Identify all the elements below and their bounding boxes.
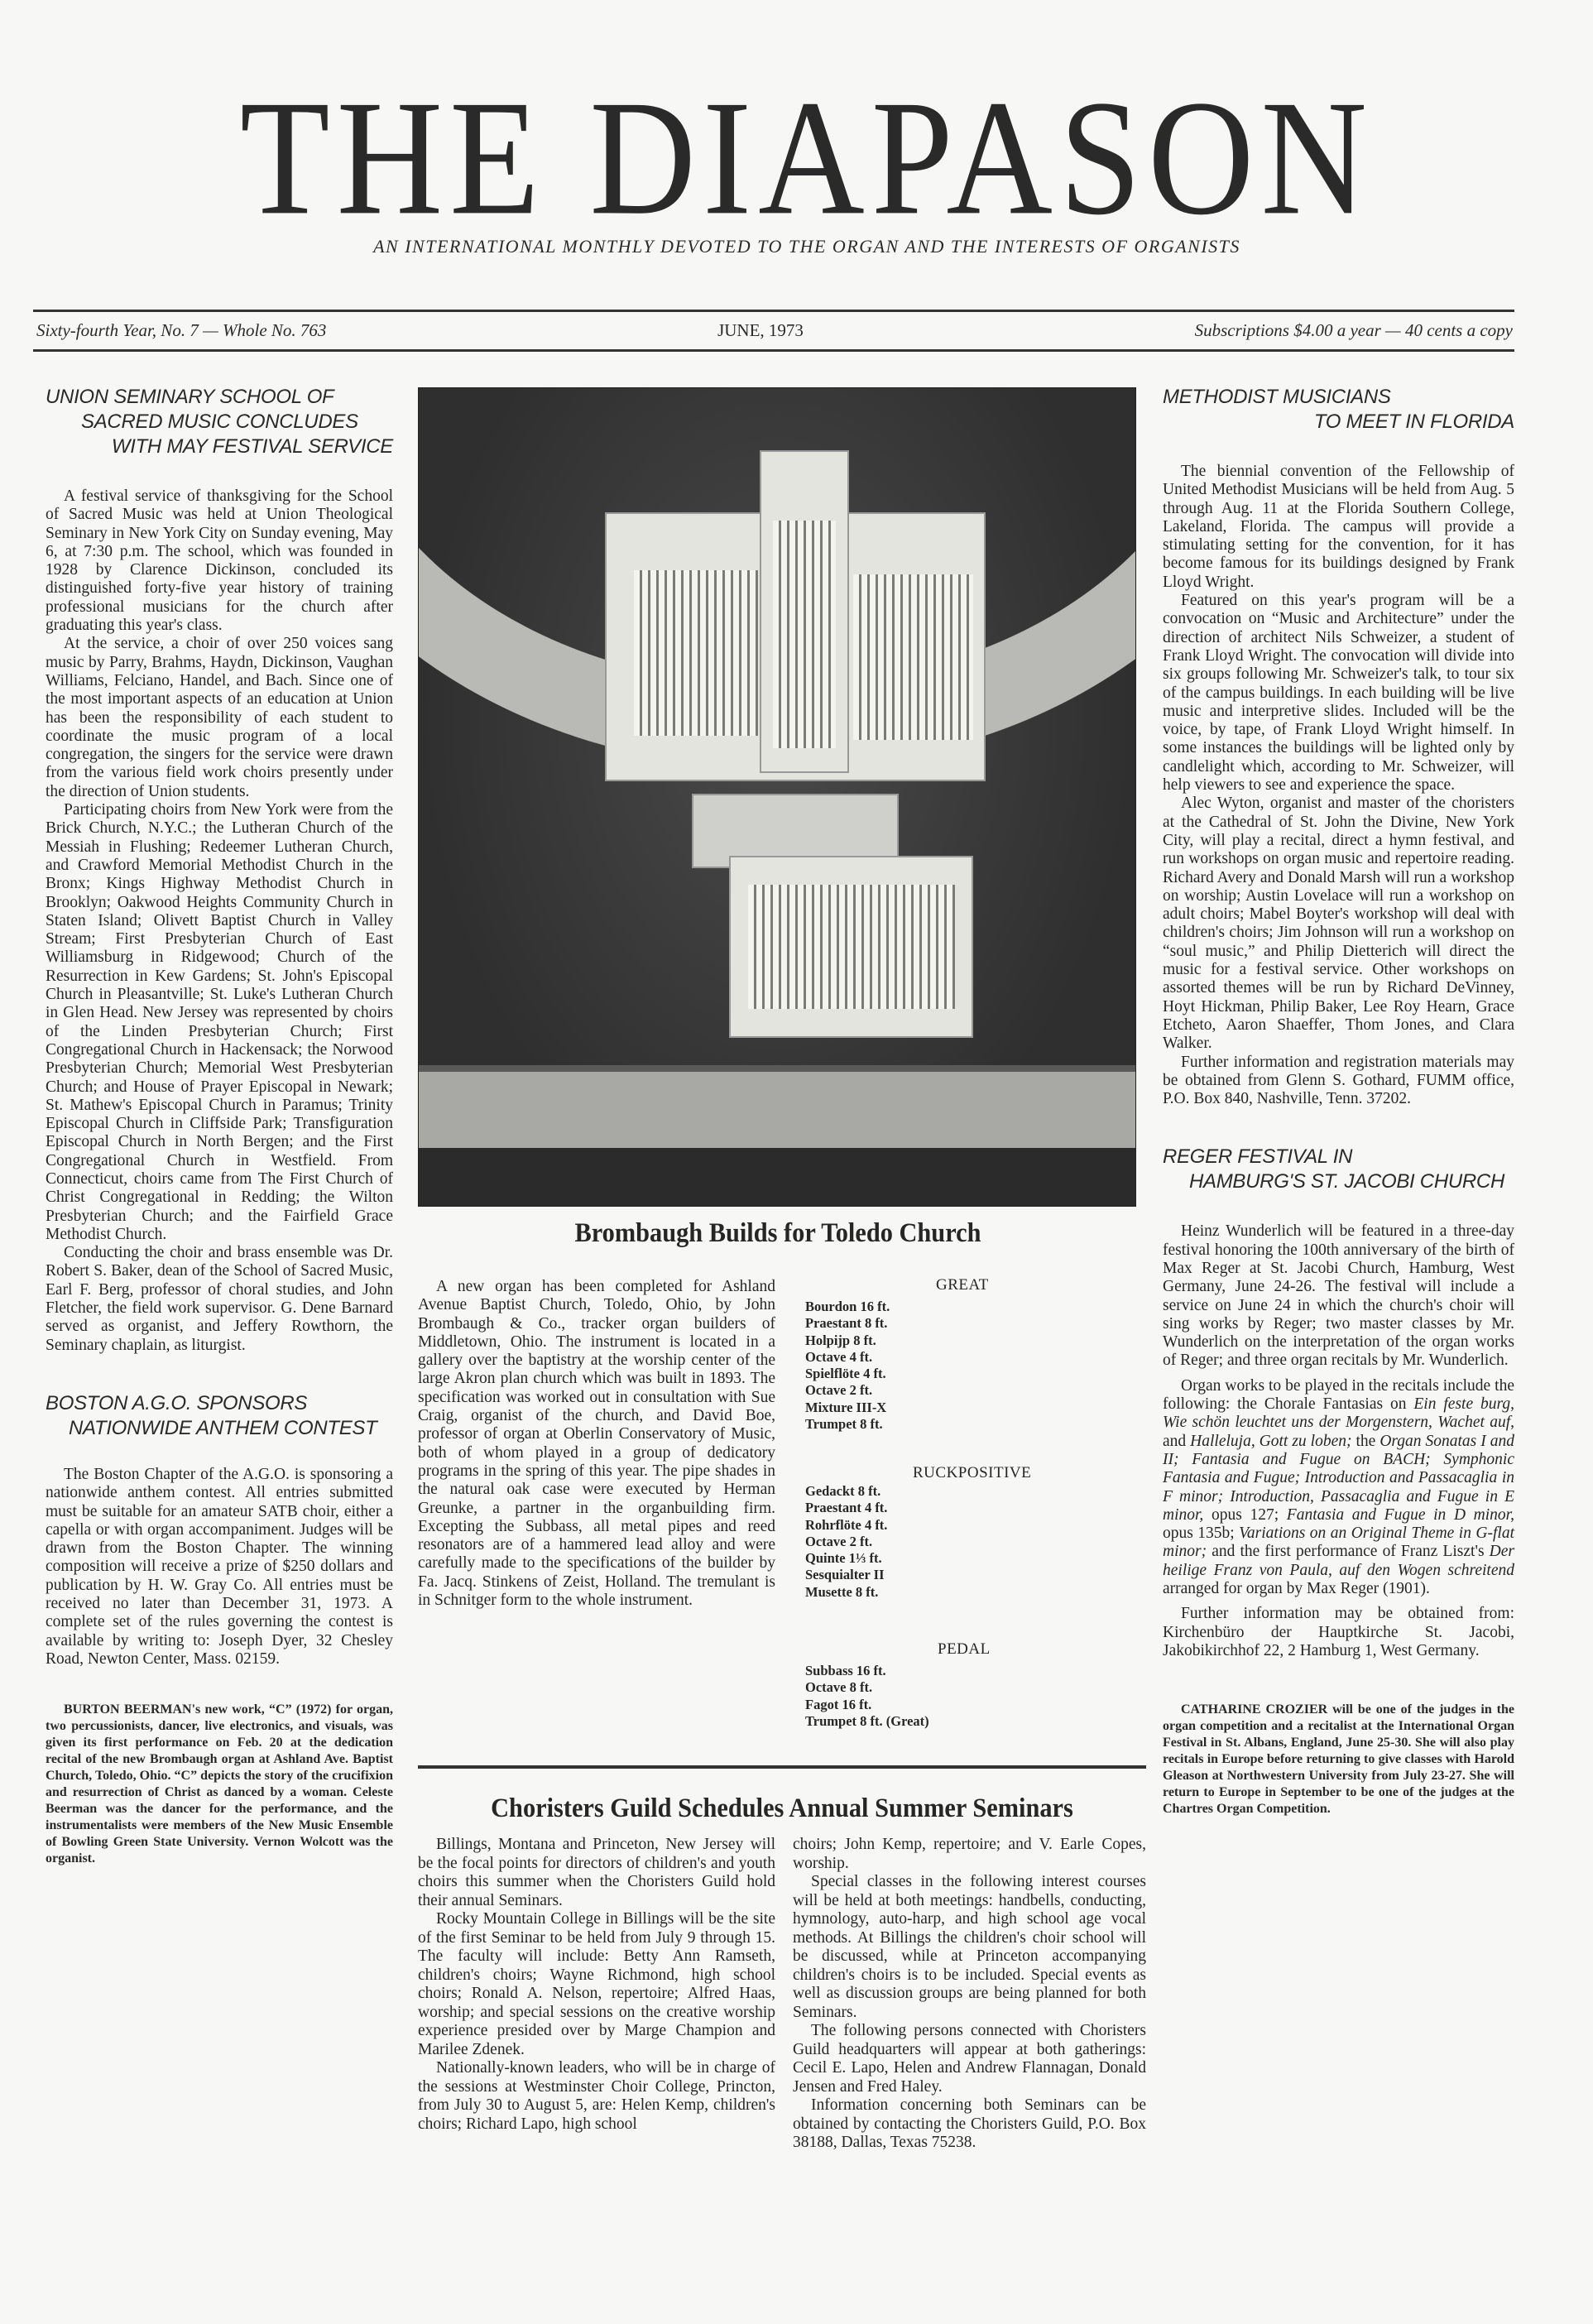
reger-paragraph-works: Organ works to be played in the recitals… xyxy=(1163,1377,1514,1599)
headline-line: WITH MAY FESTIVAL SERVICE xyxy=(46,435,393,459)
reger-paragraph: Further information may be obtained from… xyxy=(1163,1605,1514,1660)
text-run: opus 135b; xyxy=(1163,1525,1239,1542)
division-name: RUCKPOSITIVE xyxy=(913,1465,1078,1481)
headline-line: BOSTON A.G.O. SPONSORS xyxy=(46,1391,393,1416)
headline-line: NATIONWIDE ANTHEM CONTEST xyxy=(46,1416,393,1441)
organ-pipes xyxy=(853,574,973,740)
stop: Praestant 4 ft. xyxy=(805,1500,887,1516)
spec-ruckpositive: RUCKPOSITIVE Gedackt 8 ft. Praestant 4 f… xyxy=(805,1465,887,1601)
gallery-base xyxy=(419,1148,1135,1206)
issue-bar: Sixty-fourth Year, No. 7 — Whole No. 763… xyxy=(36,318,1513,343)
masthead-rule-bottom xyxy=(33,349,1514,352)
stop-list: Bourdon 16 ft. Praestant 8 ft. Holpijp 8… xyxy=(805,1277,890,1433)
methodist-paragraph: Further information and registration mat… xyxy=(1163,1054,1514,1109)
stop: Octave 2 ft. xyxy=(805,1534,887,1550)
choristers-headline: Choristers Guild Schedules Annual Summer… xyxy=(444,1793,1121,1824)
choristers-paragraph: Nationally-known leaders, who will be in… xyxy=(418,2059,775,2134)
work-title: Fantasia and Fugue in D minor, xyxy=(1287,1506,1514,1524)
section-divider xyxy=(418,1765,1146,1769)
choristers-paragraph: Information concerning both Seminars can… xyxy=(793,2096,1146,2153)
union-seminary-paragraph: Participating choirs from New York were … xyxy=(46,801,393,1244)
text-run: arranged for organ by Max Reger (1901). xyxy=(1163,1580,1430,1597)
stop: Praestant 8 ft. xyxy=(805,1315,890,1332)
right-column: METHODIST MUSICIANS TO MEET IN FLORIDA T… xyxy=(1163,385,1514,1817)
headline-line: HAMBURG'S ST. JACOBI CHURCH xyxy=(1163,1169,1514,1194)
union-seminary-paragraph: Conducting the choir and brass ensemble … xyxy=(46,1244,393,1355)
organ-pipes xyxy=(748,885,955,1009)
methodist-paragraph: Featured on this year's program will be … xyxy=(1163,592,1514,795)
left-column: UNION SEMINARY SCHOOL OF SACRED MUSIC CO… xyxy=(46,385,393,1867)
text-run: and the first performance of Franz Liszt… xyxy=(1207,1543,1490,1560)
spec-great: GREAT Bourdon 16 ft. Praestant 8 ft. Hol… xyxy=(805,1277,890,1433)
work-title: Halleluja, Gott zu loben; xyxy=(1190,1433,1351,1450)
masthead-tagline: AN INTERNATIONAL MONTHLY DEVOTED TO THE … xyxy=(124,236,1490,257)
union-seminary-paragraph: At the service, a choir of over 250 voic… xyxy=(46,635,393,801)
brombaugh-body: A new organ has been completed for Ashla… xyxy=(418,1278,775,1610)
headline-line: REGER FESTIVAL IN xyxy=(1163,1145,1514,1169)
issue-volume: Sixty-fourth Year, No. 7 — Whole No. 763 xyxy=(36,320,326,341)
headline-line: TO MEET IN FLORIDA xyxy=(1163,410,1514,435)
choristers-column-1: Billings, Montana and Princeton, New Jer… xyxy=(418,1836,775,2134)
headline-line: METHODIST MUSICIANS xyxy=(1163,385,1514,410)
boston-ago-paragraph: The Boston Chapter of the A.G.O. is spon… xyxy=(46,1466,393,1669)
stop: Spielflöte 4 ft. xyxy=(805,1366,890,1382)
headline-line: SACRED MUSIC CONCLUDES xyxy=(46,410,393,435)
brombaugh-paragraph: A new organ has been completed for Ashla… xyxy=(418,1278,775,1610)
organ-pipes xyxy=(773,521,836,748)
stop: Bourdon 16 ft. xyxy=(805,1299,890,1315)
organ-case-photo xyxy=(418,387,1136,1207)
headline-line: UNION SEMINARY SCHOOL OF xyxy=(46,385,393,410)
union-seminary-headline: UNION SEMINARY SCHOOL OF SACRED MUSIC CO… xyxy=(46,385,393,459)
text-run: opus 127; xyxy=(1203,1506,1286,1524)
gallery-rail xyxy=(419,1065,1135,1148)
stop: Gedackt 8 ft. xyxy=(805,1483,887,1500)
choristers-paragraph: Rocky Mountain College in Billings will … xyxy=(418,1910,775,2059)
stop: Octave 4 ft. xyxy=(805,1349,890,1366)
stop: Octave 2 ft. xyxy=(805,1382,890,1399)
stop-list: Gedackt 8 ft. Praestant 4 ft. Rohrflöte … xyxy=(805,1465,887,1601)
stop: Musette 8 ft. xyxy=(805,1584,887,1601)
stop: Fagot 16 ft. xyxy=(805,1697,929,1713)
stop: Sesquialter II xyxy=(805,1567,887,1583)
brombaugh-headline: Brombaugh Builds for Toledo Church xyxy=(443,1218,1113,1249)
text-run: the xyxy=(1352,1433,1380,1450)
stop: Subbass 16 ft. xyxy=(805,1663,929,1679)
organ-pipes xyxy=(634,570,758,736)
stop: Rohrflöte 4 ft. xyxy=(805,1517,887,1534)
spec-pedal: PEDAL Subbass 16 ft. Octave 8 ft. Fagot … xyxy=(805,1641,929,1730)
stop: Holpijp 8 ft. xyxy=(805,1332,890,1349)
stop: Octave 8 ft. xyxy=(805,1679,929,1696)
masthead-rule-top xyxy=(33,310,1514,312)
text-run: and xyxy=(1163,1433,1190,1450)
choristers-paragraph: Billings, Montana and Princeton, New Jer… xyxy=(418,1836,775,1910)
division-name: GREAT xyxy=(936,1277,1101,1294)
stop: Trumpet 8 ft. xyxy=(805,1416,890,1433)
union-seminary-paragraph: A festival service of thanksgiving for t… xyxy=(46,487,393,635)
methodist-paragraph: Alec Wyton, organist and master of the c… xyxy=(1163,795,1514,1053)
stop: Mixture III-X xyxy=(805,1400,890,1416)
boston-ago-headline: BOSTON A.G.O. SPONSORS NATIONWIDE ANTHEM… xyxy=(46,1391,393,1441)
issue-subscription: Subscriptions $4.00 a year — 40 cents a … xyxy=(1195,320,1513,341)
choristers-column-2: choirs; John Kemp, repertoire; and V. Ea… xyxy=(793,1836,1146,2153)
masthead-title: THE DIAPASON xyxy=(124,79,1490,236)
issue-date: JUNE, 1973 xyxy=(717,320,804,341)
stop-list: Subbass 16 ft. Octave 8 ft. Fagot 16 ft.… xyxy=(805,1641,929,1730)
division-name: PEDAL xyxy=(938,1641,1103,1658)
choristers-paragraph: The following persons connected with Cho… xyxy=(793,2022,1146,2096)
stop: Quinte 1⅓ ft. xyxy=(805,1550,887,1567)
methodist-paragraph: The biennial convention of the Fellowshi… xyxy=(1163,463,1514,592)
reger-headline: REGER FESTIVAL IN HAMBURG'S ST. JACOBI C… xyxy=(1163,1145,1514,1194)
methodist-headline: METHODIST MUSICIANS TO MEET IN FLORIDA xyxy=(1163,385,1514,435)
beerman-note: BURTON BEERMAN's new work, “C” (1972) fo… xyxy=(46,1702,393,1867)
reger-paragraph: Heinz Wunderlich will be featured in a t… xyxy=(1163,1222,1514,1370)
choristers-paragraph: choirs; John Kemp, repertoire; and V. Ea… xyxy=(793,1836,1146,1873)
choristers-paragraph: Special classes in the following interes… xyxy=(793,1873,1146,2022)
crozier-note: CATHARINE CROZIER will be one of the jud… xyxy=(1163,1702,1514,1817)
stop: Trumpet 8 ft. (Great) xyxy=(805,1713,929,1730)
